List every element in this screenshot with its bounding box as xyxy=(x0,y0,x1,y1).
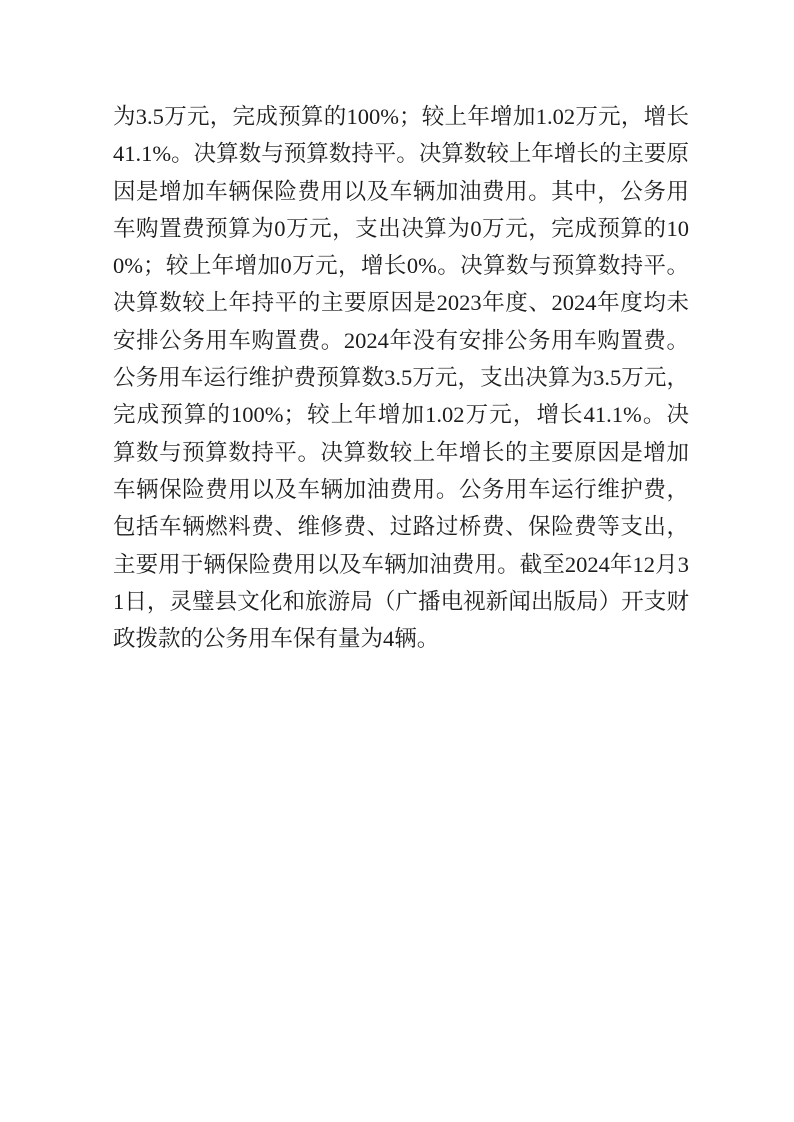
document-page: 为3.5万元，完成预算的100%；较上年增加1.02万元，增长41.1%。决算数… xyxy=(0,0,794,1122)
body-text-paragraph: 为3.5万元，完成预算的100%；较上年增加1.02万元，增长41.1%。决算数… xyxy=(113,98,689,657)
